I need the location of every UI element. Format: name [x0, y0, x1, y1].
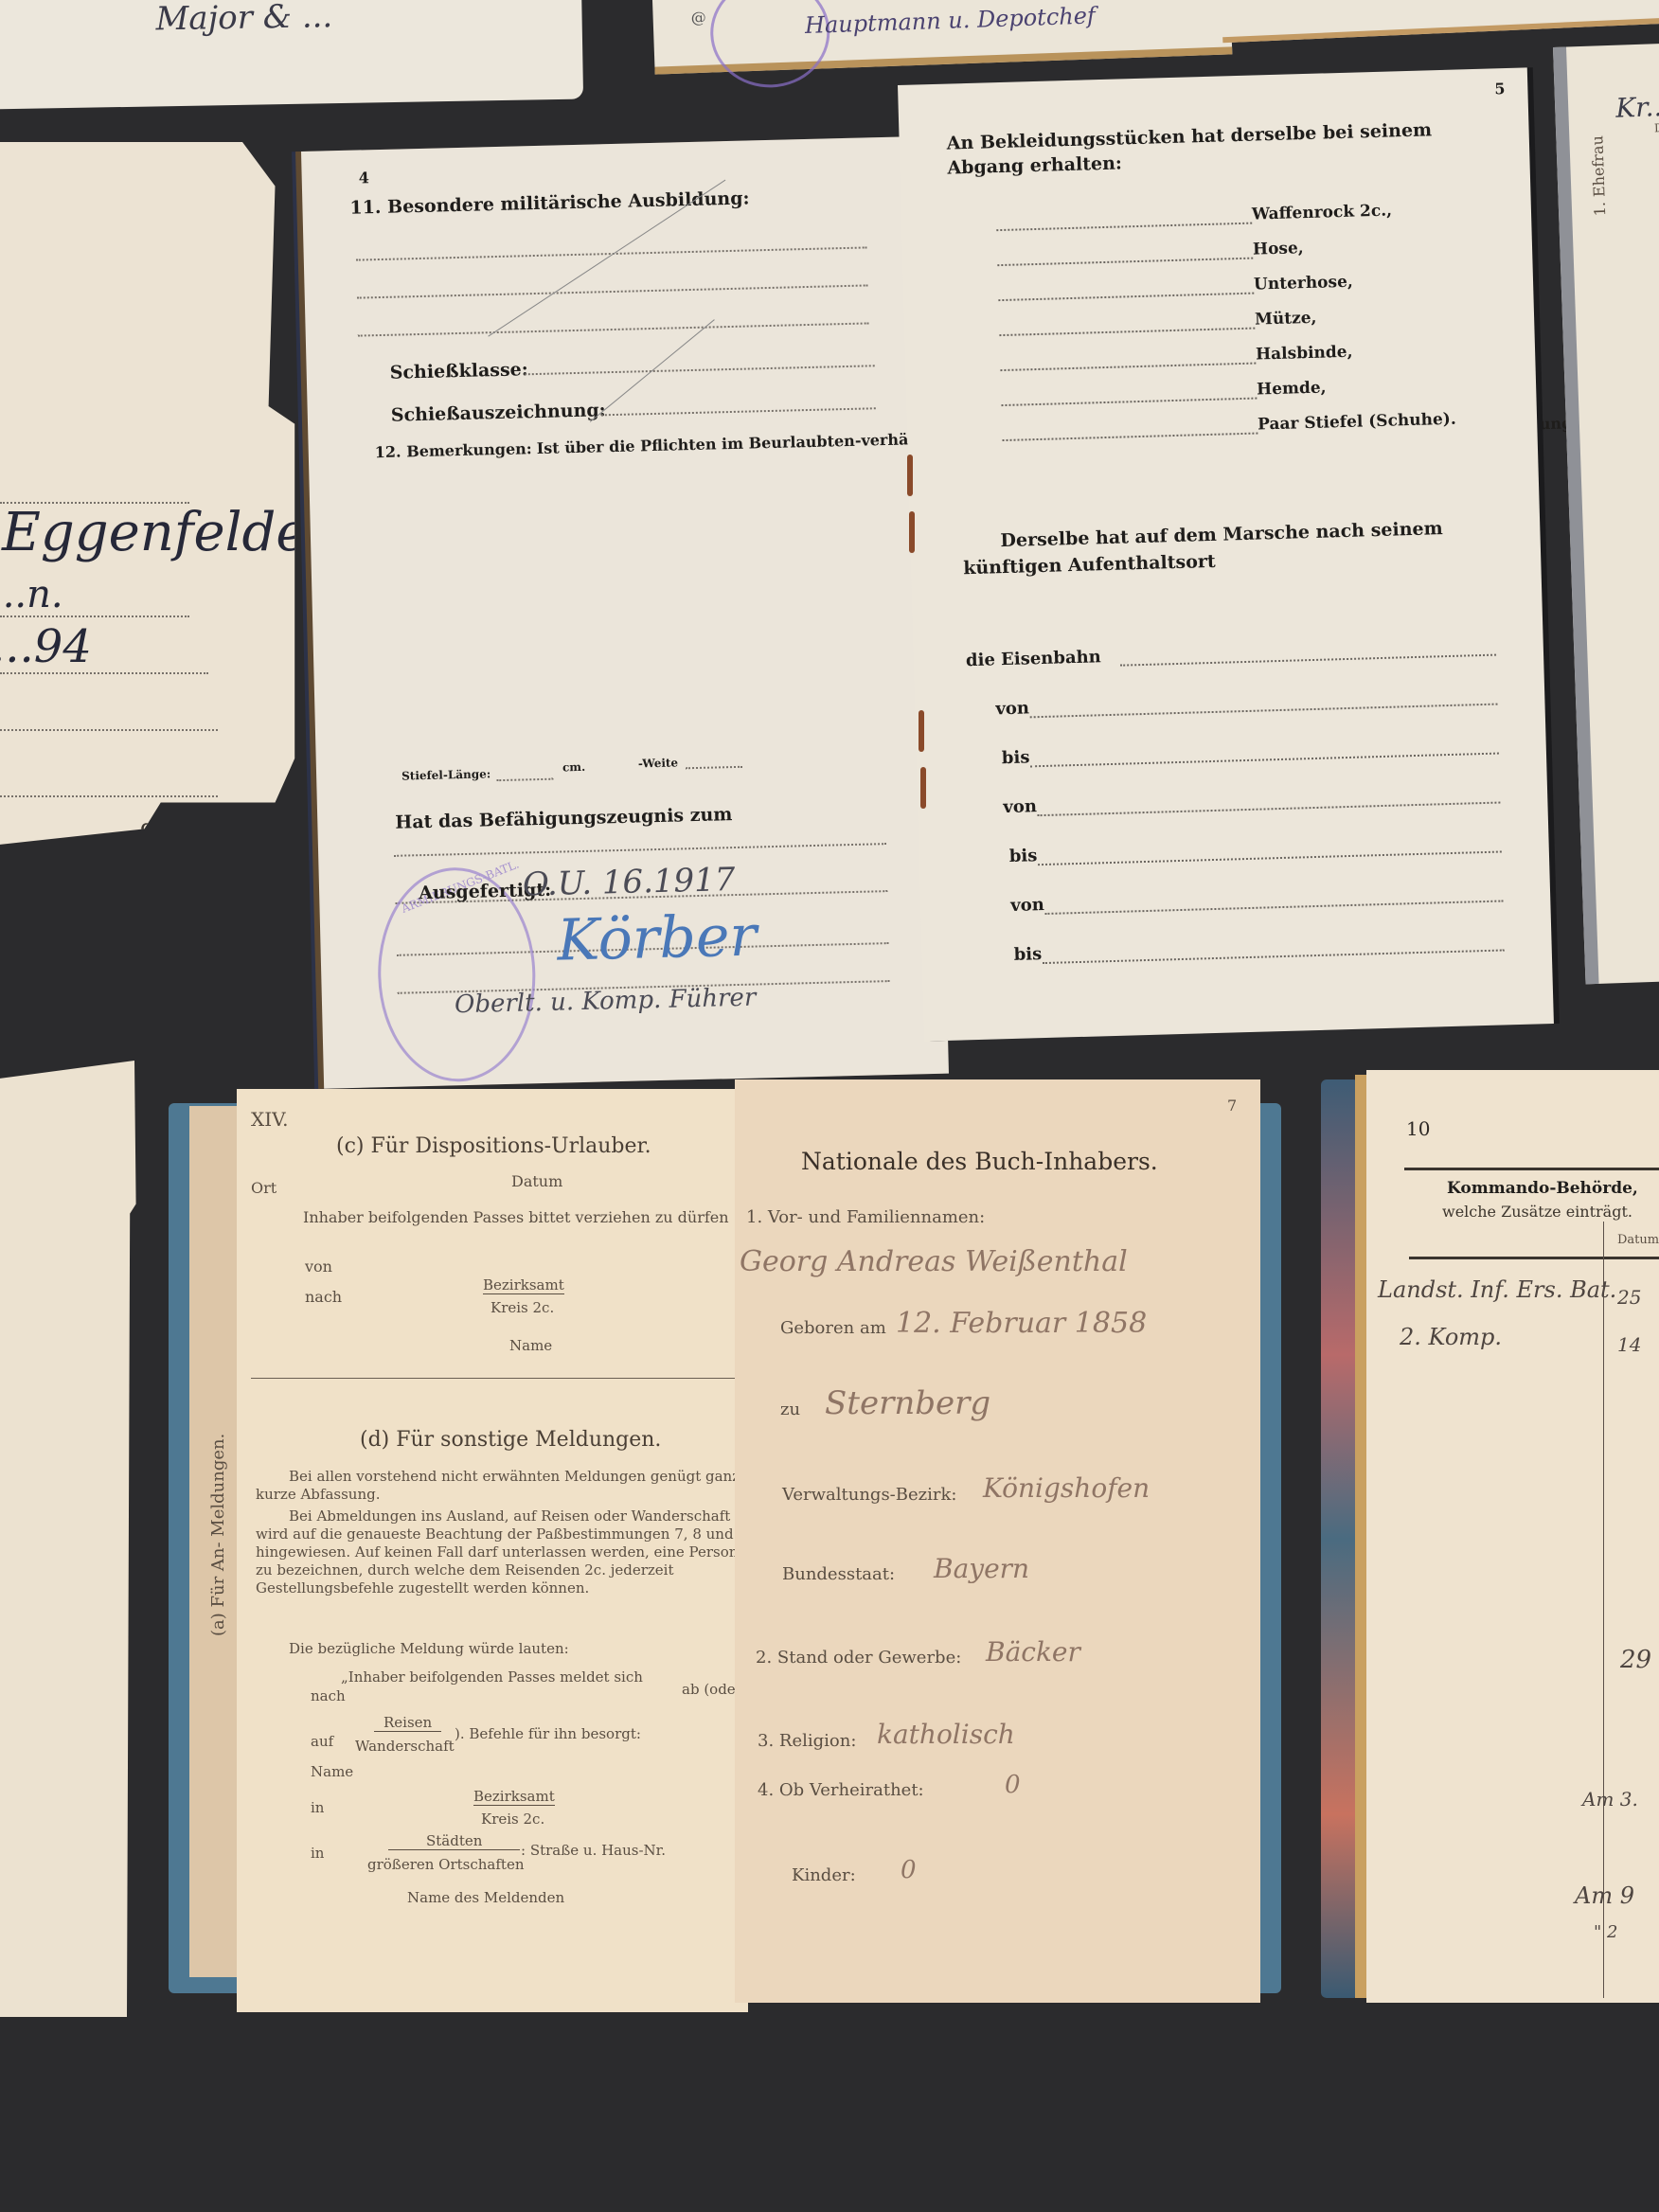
cm-label: cm.: [562, 760, 586, 775]
divider: [251, 1378, 743, 1379]
name2-label: Name: [311, 1763, 353, 1780]
mark: @: [690, 9, 706, 27]
ortschaften-label: größeren Ortschaften: [367, 1856, 525, 1873]
military-passbook-1858: (a) Für An- Meldungen. XIV. (c) Für Disp…: [169, 1089, 1286, 2017]
clothing-item: Paar Stiefel (Schuhe).: [1258, 409, 1494, 435]
handwriting-fragment: ...94: [0, 620, 92, 673]
quote-ab: ab (oder: [682, 1681, 742, 1698]
section-d-title: (d) Für sonstige Meldungen.: [360, 1428, 661, 1452]
page-number: 4: [358, 169, 369, 187]
entry-line: Landst. Inf. Ers. Bat.: [1378, 1276, 1616, 1303]
date-fragment: " 2: [1594, 1922, 1617, 1942]
in-label: in: [311, 1799, 324, 1816]
handwriting-fragment: ...n.: [0, 573, 63, 616]
item-2-value: Bäcker: [986, 1636, 1080, 1668]
rule: [1409, 1257, 1659, 1259]
column-1-header: welche Zusätze einträgt.: [1442, 1203, 1632, 1221]
march-heading: Derselbe hat auf dem Marsche nach seinem…: [962, 515, 1455, 581]
geboren-label: Geboren am: [780, 1318, 886, 1338]
befehle-text: ). Befehle für ihn besorgt:: [455, 1725, 641, 1742]
column-2-header: Datum: [1617, 1233, 1659, 1247]
rotated-label: 1. Ehefrau: [1588, 135, 1609, 217]
item-1-value: Georg Andreas Weißenthal: [740, 1245, 1128, 1278]
ledger-book: 10 Kommando-Behörde, welche Zusätze eint…: [1321, 1070, 1659, 2007]
route-label: bis: [1008, 846, 1037, 866]
military-passbook-1917: 4 11. Besondere militärische Ausbildung:…: [301, 85, 1532, 1089]
date-fragment: 25: [1617, 1286, 1641, 1309]
route-label: von: [995, 698, 1029, 719]
item-3-label: 3. Religion:: [758, 1731, 856, 1751]
right-edge-document: Kr... De 1. Ehefrau: [1553, 43, 1659, 984]
route-label: von: [1003, 796, 1037, 817]
route-label: von: [1010, 895, 1044, 916]
left-page: 4 11. Besondere militärische Ausbildung:…: [301, 136, 949, 1089]
nach-label: nach: [305, 1288, 342, 1306]
signature-title: Oberlt. u. Komp. Führer: [455, 984, 757, 1020]
signature: Körber: [557, 903, 758, 974]
bezirksamt-label: Bezirksamt: [483, 1276, 564, 1294]
name-label: Name: [509, 1337, 552, 1354]
title: Nationale des Buch-Inhabers.: [801, 1148, 1158, 1175]
page-number: 7: [1227, 1097, 1237, 1115]
date-fragment: Am 3.: [1582, 1788, 1638, 1811]
top-middle-document: @ Hauptmann u. Depotchef: [652, 0, 1233, 75]
ausgefertigt-value: O.U. 16.1917: [523, 861, 736, 903]
bundesstaat-value: Bayern: [934, 1553, 1029, 1584]
date-fragment: Am 9: [1575, 1882, 1634, 1909]
clothing-list: Waffenrock 2c., Hose, Unterhose, Mütze, …: [995, 183, 1494, 441]
date-fragment: 29: [1620, 1646, 1651, 1674]
d-paragraph-3: Die bezügliche Meldung würde lauten:: [289, 1640, 569, 1657]
handwriting: Major & ...: [155, 0, 332, 38]
reisen-label: Reisen: [374, 1714, 441, 1732]
bezirksamt2-label: Bezirksamt: [473, 1788, 555, 1806]
stiefel-laenge-label: Stiefel-Länge:: [401, 767, 491, 782]
d-paragraph-2: Bei Abmeldungen ins Ausland, auf Reisen …: [256, 1507, 748, 1597]
item-4-value: 0: [1005, 1771, 1021, 1799]
rule: [1404, 1168, 1659, 1170]
item-4-label: 4. Ob Verheirathet:: [758, 1780, 924, 1800]
right-page: 7 Nationale des Buch-Inhabers. 1. Vor- u…: [735, 1079, 1260, 2003]
binding-stitch: [919, 710, 924, 752]
binding-stitch: [909, 511, 915, 553]
in2-label: in: [311, 1845, 324, 1862]
geboren-value: 12. Februar 1858: [896, 1307, 1147, 1340]
schiessklasse-label: Schießklasse:: [389, 359, 528, 384]
ort-label: Ort: [251, 1179, 276, 1197]
zu-value: Sternberg: [825, 1384, 990, 1422]
date-fragment: 14: [1617, 1333, 1641, 1356]
kinder-label: Kinder:: [792, 1865, 856, 1885]
befaehigung-label: Hat das Befähigungszeugnis zum: [395, 804, 733, 833]
bundesstaat-label: Bundesstaat:: [782, 1564, 895, 1584]
datum-label: Datum: [511, 1172, 562, 1190]
route-list: die Eisenbahn von bis von bis von bis: [965, 609, 1505, 966]
top-right-document: [1221, 0, 1659, 43]
spine-label: (a) Für An- Meldungen.: [208, 1434, 228, 1636]
eisenbahn-label: die Eisenbahn: [966, 647, 1101, 670]
ledger-page: 10 Kommando-Behörde, welche Zusätze eint…: [1366, 1070, 1659, 2003]
handwriting: Hauptmann u. Depotchef: [805, 2, 1097, 39]
route-label: bis: [1013, 944, 1042, 965]
schiessauszeichnung-label: Schießauszeichnung:: [391, 400, 606, 426]
item-2-label: 2. Stand oder Gewerbe:: [756, 1648, 961, 1668]
item-12-label: 12. Bemerkungen:: [375, 439, 532, 461]
von-label: von: [305, 1258, 332, 1275]
printed-fragment: De: [1654, 121, 1659, 135]
bezirk-label: Verwaltungs-Bezirk:: [782, 1485, 956, 1505]
route-label: bis: [1002, 747, 1030, 768]
entry-line: 2. Komp.: [1400, 1324, 1502, 1350]
melder-label: Name des Meldenden: [407, 1889, 564, 1906]
left-page: XIV. (c) Für Dispositions-Urlauber. Ort …: [237, 1089, 748, 2012]
bezirk-value: Königshofen: [983, 1472, 1150, 1504]
column-divider: [1603, 1222, 1604, 1998]
right-page: 5 An Bekleidungsstücken hat derselbe bei…: [898, 67, 1554, 1041]
zu-label: zu: [780, 1400, 800, 1419]
d-paragraph-1: Bei allen vorstehend nicht erwähnten Mel…: [256, 1468, 748, 1504]
page-number: 10: [1406, 1117, 1430, 1140]
kreis-label: Kreis 2c.: [491, 1299, 554, 1316]
section-c-title: (c) Für Dispositions-Urlauber.: [336, 1134, 651, 1158]
binding-stitch: [920, 767, 926, 809]
page-number: 5: [1494, 80, 1506, 98]
auf-label: auf: [311, 1733, 333, 1750]
quote-nach: nach: [311, 1687, 346, 1704]
wanderschaft-label: Wanderschaft: [355, 1738, 455, 1755]
binding-stitch: [907, 455, 913, 496]
printed-word: geführt,: [140, 814, 233, 841]
handwriting: Kr...: [1615, 91, 1659, 124]
kinder-value: 0: [901, 1856, 917, 1884]
marbled-spine: [1321, 1079, 1359, 1998]
column-1-header-bold: Kommando-Behörde,: [1447, 1179, 1638, 1198]
item-1-label: 1. Vor- und Familiennamen:: [746, 1207, 985, 1227]
weite-label: -Weite: [638, 756, 679, 770]
staedten-label: Städten: [388, 1832, 520, 1850]
item-3-value: katholisch: [877, 1719, 1015, 1750]
c-text: Inhaber beifolgenden Passes bittet verzi…: [251, 1207, 743, 1228]
item-12: 12. Bemerkungen: Ist über die Pflichten …: [375, 431, 867, 462]
strasse-label: : Straße u. Haus-Nr.: [521, 1842, 666, 1859]
bottom-left-document: [0, 1061, 142, 2017]
left-torn-document: Eggenfelden ...n. ...94 geführt,: [0, 142, 308, 1023]
handwriting-place: Eggenfelden: [2, 502, 342, 563]
quote-line: „Inhaber beifolgenden Passes meldet sich: [341, 1668, 643, 1686]
page-roman: XIV.: [251, 1108, 288, 1131]
kreis2-label: Kreis 2c.: [481, 1811, 544, 1828]
clothing-heading: An Bekleidungsstücken hat derselbe bei s…: [946, 116, 1477, 181]
